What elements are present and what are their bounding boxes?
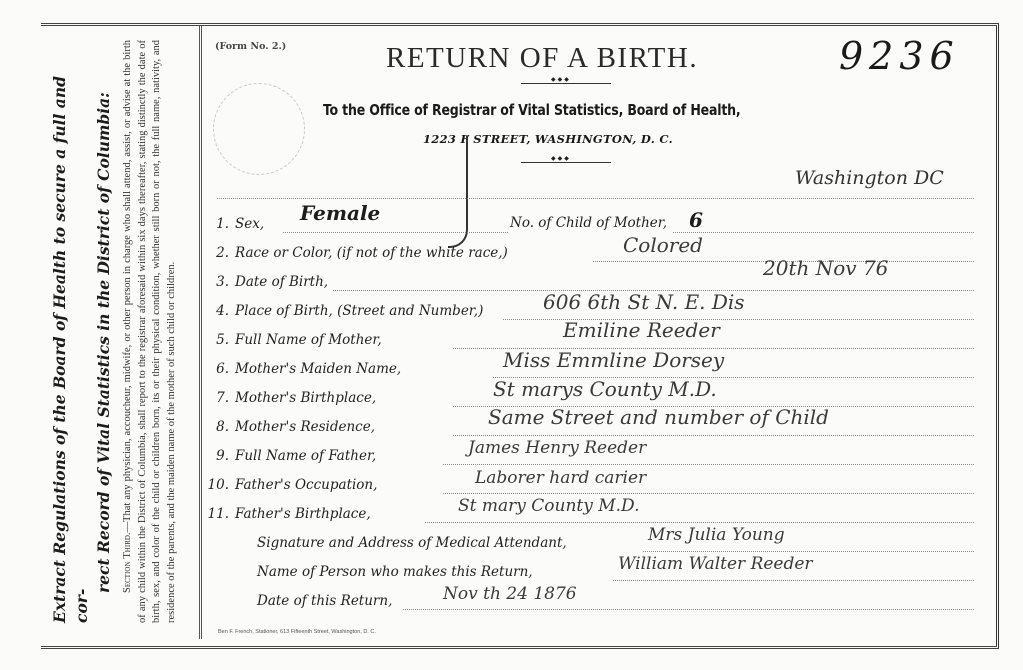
printer-imprint: Ben F. French, Stationer, 613 Fifteenth …	[218, 629, 376, 635]
return-maker-value: William Walter Reeder	[618, 554, 813, 574]
registrar-office-line: To the Office of Registrar of Vital Stat…	[323, 101, 741, 119]
field-father-birthplace-rule	[425, 522, 974, 523]
field-mother-residence-rule	[453, 435, 974, 436]
field-father-name-label: 9.Full Name of Father,	[199, 448, 376, 464]
section-label: Section Third.	[122, 532, 133, 593]
field-child-no-rule	[673, 232, 974, 233]
regulations-sidebar: Extract Regulations of the Board of Heal…	[41, 26, 202, 639]
field-birth-place-label: 4.Place of Birth, (Street and Number,)	[199, 303, 483, 319]
return-maker-rule	[613, 580, 974, 581]
field-mother-birthplace-value: St marys County M.D.	[493, 377, 717, 401]
field-child-no-label: No. of Child of Mother,	[510, 215, 667, 231]
return-maker-label: Name of Person who makes this Return,	[257, 564, 533, 580]
return-date-rule	[403, 609, 974, 610]
field-father-birthplace-value: St mary County M.D.	[458, 496, 640, 516]
field-mother-residence-label: 8.Mother's Residence,	[199, 419, 375, 435]
field-mother-birthplace-label: 7.Mother's Birthplace,	[199, 390, 376, 406]
section-third-text: Section Third.—That any physician, accou…	[121, 40, 180, 623]
field-birth-date-value: 20th Nov 76	[763, 256, 888, 280]
field-maiden-name-value: Miss Emmline Dorsey	[503, 348, 724, 372]
medical-attendant-value: Mrs Julia Young	[648, 525, 785, 545]
field-sex-value: Female	[300, 201, 380, 225]
faded-stamp	[213, 83, 305, 175]
field-father-name-rule	[443, 464, 974, 465]
field-birth-date-label: 3.Date of Birth,	[199, 274, 328, 290]
field-race-label: 2.Race or Color, (if not of the white ra…	[199, 245, 508, 261]
ornament-divider	[521, 158, 611, 168]
ornament-divider	[521, 79, 611, 89]
regulations-heading-line1: Extract Regulations of the Board of Heal…	[50, 76, 91, 623]
field-mother-residence-value: Same Street and number of Child	[488, 405, 829, 429]
field-maiden-name-label: 6.Mother's Maiden Name,	[199, 361, 401, 377]
place-of-return: Washington DC	[795, 167, 944, 189]
form-number: (Form No. 2.)	[215, 41, 286, 52]
form-title: RETURN OF A BIRTH.	[386, 42, 698, 75]
birth-return-form: (Form No. 2.) RETURN OF A BIRTH. 9236 To…	[203, 28, 993, 640]
field-father-name-value: James Henry Reeder	[468, 438, 646, 458]
field-sex-rule	[283, 232, 508, 233]
regulations-heading: Extract Regulations of the Board of Heal…	[49, 40, 115, 623]
return-date-label: Date of this Return,	[257, 593, 392, 609]
field-father-occupation-rule	[443, 493, 974, 494]
field-father-birthplace-label: 11.Father's Birthplace,	[199, 506, 371, 522]
regulations-heading-line2: rect Record of Vital Statistics in the D…	[93, 40, 115, 623]
medical-attendant-label: Signature and Address of Medical Attenda…	[257, 535, 567, 551]
field-mother-name-value: Emiline Reeder	[563, 318, 720, 342]
field-father-occupation-label: 10.Father's Occupation,	[199, 477, 377, 493]
field-child-no-value: 6	[689, 208, 703, 232]
field-father-occupation-value: Laborer hard carier	[475, 468, 646, 488]
return-date-value: Nov th 24 1876	[443, 584, 577, 604]
field-race-value: Colored	[623, 233, 703, 257]
medical-attendant-rule	[643, 551, 974, 552]
field-mother-name-label: 5.Full Name of Mother,	[199, 332, 382, 348]
field-sex-label: 1.Sex,	[199, 216, 264, 232]
place-rule	[217, 198, 974, 199]
record-number: 9236	[839, 34, 960, 78]
field-birth-place-value: 606 6th St N. E. Dis	[543, 290, 745, 314]
